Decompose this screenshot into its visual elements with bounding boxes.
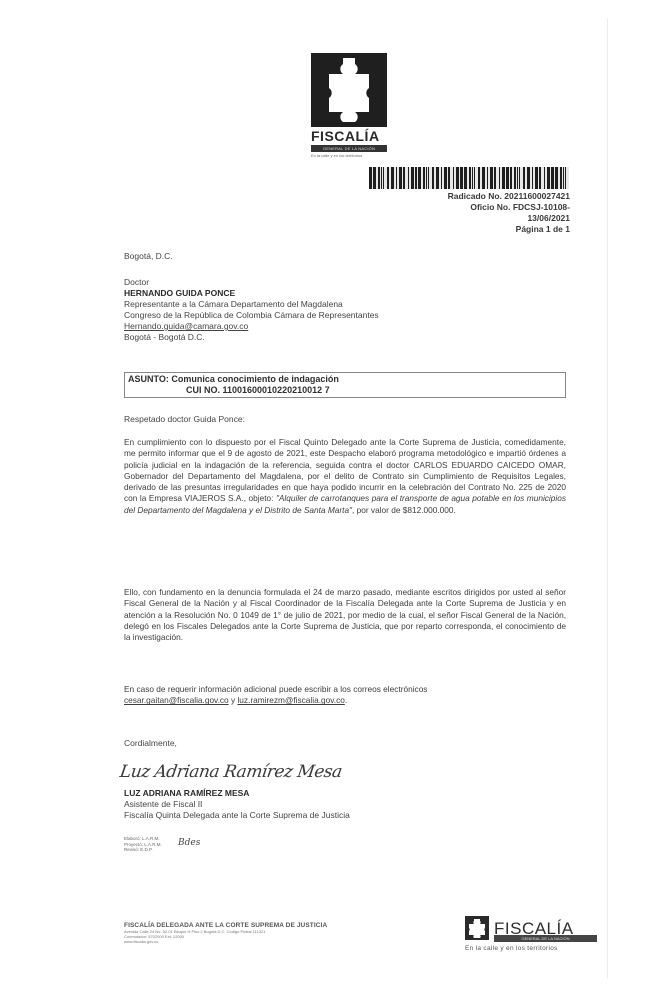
signer-role: Asistente de Fiscal II xyxy=(124,799,350,810)
recipient-organization: Congreso de la República de Colombia Cám… xyxy=(124,310,379,321)
closing: Cordialmente, xyxy=(124,738,177,749)
greeting: Respetado doctor Guida Ponce: xyxy=(124,414,245,425)
cui-number: CUI NO. 11001600010220210012 7 xyxy=(128,385,562,396)
recipient-role: Representante a la Cámara Departamento d… xyxy=(124,299,379,310)
paragraph-1-value: , por valor de $812.000.000. xyxy=(352,505,456,515)
paragraph-1: En cumplimiento con lo dispuesto por el … xyxy=(124,437,566,516)
page-number: Página 1 de 1 xyxy=(448,224,570,235)
recipient-city: Bogotá - Bogotá D.C. xyxy=(124,332,379,343)
logo-subtitle: GENERAL DE LA NACIÓN xyxy=(311,145,387,152)
reviewed-by: Revisó: E.D.P. xyxy=(124,847,162,853)
signer-name: LUZ ADRIANA RAMÍREZ MESA xyxy=(124,788,350,799)
oficio-number: Oficio No. FDCSJ-10108- xyxy=(448,202,570,213)
email-link-2[interactable]: luz.ramirezm@fiscalia.gov.co xyxy=(237,695,344,705)
email-link-1[interactable]: cesar.gaitan@fiscalia.gov.co xyxy=(124,695,229,705)
footer-office: FISCALÍA DELEGADA ANTE LA CORTE SUPREMA … xyxy=(124,922,327,929)
drafted-by: Elaboró: L.A.R.M. xyxy=(124,836,162,842)
barcode xyxy=(369,167,569,189)
paragraph-3-text: En caso de requerir información adiciona… xyxy=(124,684,427,694)
recipient-name: HERNANDO GUIDA PONCE xyxy=(124,288,379,299)
recipient-title: Doctor xyxy=(124,277,379,288)
signer-block: LUZ ADRIANA RAMÍREZ MESA Asistente de Fi… xyxy=(124,788,350,821)
footer-tagline: En la calle y en los territorios xyxy=(465,945,600,952)
city-line: Bogotá, D.C. xyxy=(124,251,173,262)
signer-office: Fiscalía Quinta Delegada ante la Corte S… xyxy=(124,810,350,821)
recipient-block: Doctor HERNANDO GUIDA PONCE Representant… xyxy=(124,277,379,343)
footer-logo-name: FISCALÍA xyxy=(494,920,574,937)
initials-signature: Bdes xyxy=(178,838,200,848)
subject-line: ASUNTO: Comunica conocimiento de indagac… xyxy=(128,374,562,385)
logo-tagline: En la calle y en los territorios xyxy=(311,153,387,158)
puzzle-icon xyxy=(311,53,387,127)
footer-web: www.fiscalia.gov.co xyxy=(124,939,327,944)
radicado-number: Radicado No. 20211600027421 xyxy=(448,191,570,202)
paragraph-3: En caso de requerir información adiciona… xyxy=(124,684,566,707)
subject-box: ASUNTO: Comunica conocimiento de indagac… xyxy=(124,372,566,398)
page-edge xyxy=(607,18,608,978)
footer-address: FISCALÍA DELEGADA ANTE LA CORTE SUPREMA … xyxy=(124,922,327,944)
date: 13/06/2021 xyxy=(448,213,570,224)
logo-name: FISCALÍA xyxy=(311,129,387,144)
reference-block: Radicado No. 20211600027421 Oficio No. F… xyxy=(448,191,570,235)
drafting-notes: Elaboró: L.A.R.M. Proyectó: L.A.R.M. Rev… xyxy=(124,836,162,853)
paragraph-2: Ello, con fundamento en la denuncia form… xyxy=(124,587,566,643)
footer-logo: FISCALÍA GENERAL DE LA NACIÓN En la call… xyxy=(465,916,600,952)
handwritten-signature: Luz Adriana Ramírez Mesa xyxy=(119,762,344,782)
recipient-email-link[interactable]: Hernando.guida@camara.gov.co xyxy=(124,321,379,332)
puzzle-icon xyxy=(465,916,489,940)
fiscalia-logo: FISCALÍA GENERAL DE LA NACIÓN En la call… xyxy=(311,53,387,158)
